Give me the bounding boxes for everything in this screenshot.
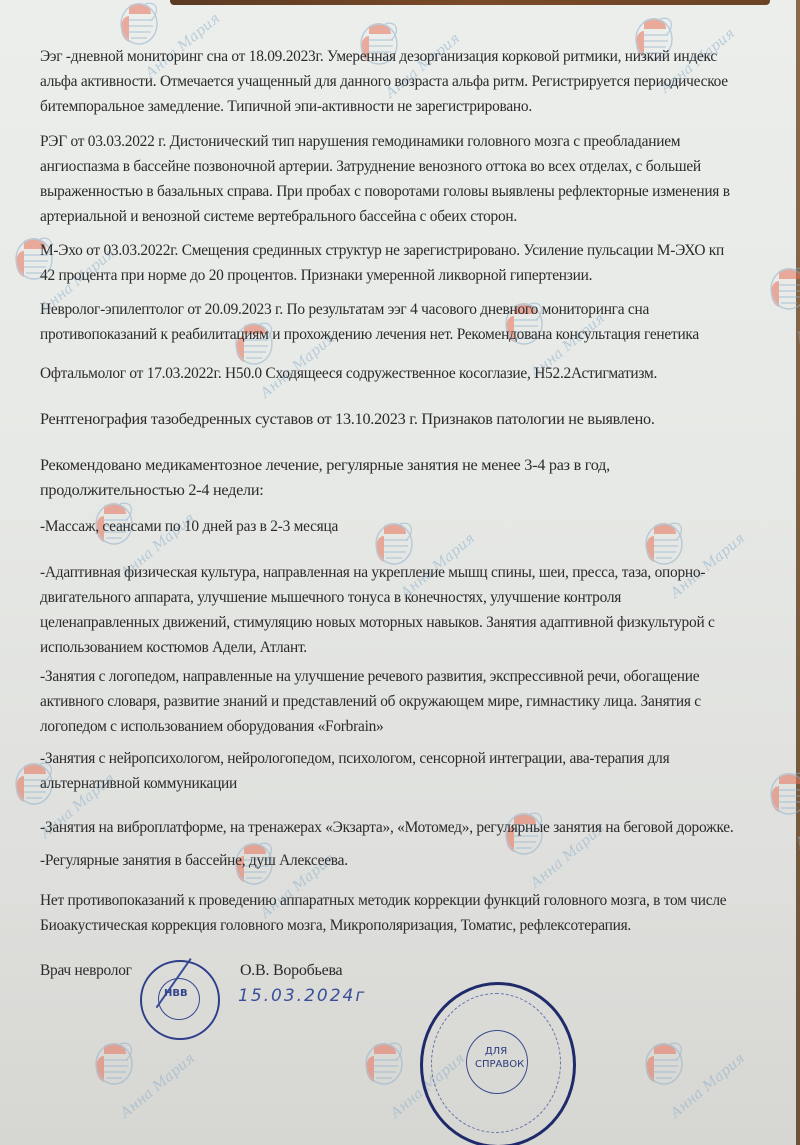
text-line: альфа активности. Отмечается учащенный д… [40, 69, 760, 94]
organization-stamp: ДЛЯ СПРАВОК [420, 982, 576, 1145]
text-line: выраженностью в базальных справа. При пр… [40, 179, 760, 204]
text-line: двигательного аппарата, улучшение мышечн… [40, 585, 760, 610]
paragraph-pool: -Регулярные занятия в бассейне, душ Алек… [40, 848, 760, 873]
background-surface [170, 0, 770, 5]
text-line: 42 процента при норме до 20 процентов. П… [40, 263, 760, 288]
text-line: использованием костюмов Адели, Атлант. [40, 635, 760, 660]
paragraph-speech-therapy: -Занятия с логопедом, направленные на ул… [40, 664, 760, 739]
personal-stamp: НВВ [140, 960, 220, 1040]
text-line: Нет противопоказаний к проведению аппара… [40, 888, 760, 913]
text-line: -Занятия с нейропсихологом, нейрологопед… [40, 746, 760, 771]
watermark-logo-icon [90, 1040, 136, 1092]
paragraph-eeg: Ээг -дневной мониторинг сна от 18.09.202… [40, 44, 760, 119]
watermark-logo-icon [765, 265, 800, 317]
text-line: активного словаря, развитие знаний и пре… [40, 689, 760, 714]
text-line: Рентгенография тазобедренных суставов от… [40, 407, 760, 432]
paragraph-no-contraindications: Нет противопоказаний к проведению аппара… [40, 888, 760, 938]
text-line: -Занятия с логопедом, направленные на ул… [40, 664, 760, 689]
paragraph-adaptive-pe: -Адаптивная физическая культура, направл… [40, 560, 760, 660]
watermark: Анна Мария [765, 770, 800, 860]
paragraph-xray: Рентгенография тазобедренных суставов от… [40, 407, 760, 432]
handwritten-date: 15.03.2024г [238, 986, 366, 1006]
paragraph-ophthalmologist: Офтальмолог от 17.03.2022г. Н50.0 Сходящ… [40, 361, 760, 386]
text-line: артериальной и венозной системе вертебра… [40, 204, 760, 229]
paragraph-reg: РЭГ от 03.03.2022 г. Дистонический тип н… [40, 129, 760, 229]
text-line: Рекомендовано медикаментозное лечение, р… [40, 453, 760, 478]
stamp-center-line2: СПРАВОК [475, 1058, 517, 1071]
text-line: Ээг -дневной мониторинг сна от 18.09.202… [40, 44, 760, 69]
text-line: противопоказаний к реабилитациям и прохо… [40, 322, 760, 347]
paper-edge [796, 0, 800, 1145]
paragraph-neuropsychology: -Занятия с нейропсихологом, нейрологопед… [40, 746, 760, 796]
text-line: -Регулярные занятия в бассейне, душ Алек… [40, 848, 760, 873]
paragraph-neuro-epileptologist: Невролог-эпилептолог от 20.09.2023 г. По… [40, 297, 760, 347]
text-line: целенаправленных движений, стимуляцию но… [40, 610, 760, 635]
text-line: Офтальмолог от 17.03.2022г. Н50.0 Сходящ… [40, 361, 760, 386]
paragraph-recommendation: Рекомендовано медикаментозное лечение, р… [40, 453, 760, 503]
watermark-logo-icon [360, 1040, 406, 1092]
watermark: Анна Мария [90, 1040, 150, 1130]
text-line: Невролог-эпилептолог от 20.09.2023 г. По… [40, 297, 760, 322]
watermark: Анна Мария [360, 1040, 420, 1130]
personal-stamp-center: НВВ [164, 988, 188, 999]
text-line: РЭГ от 03.03.2022 г. Дистонический тип н… [40, 129, 760, 154]
text-line: -Занятия на виброплатформе, на тренажера… [40, 815, 760, 840]
text-line: -Массаж, сеансами по 10 дней раз в 2-3 м… [40, 514, 760, 539]
text-line: продолжительностью 2-4 недели: [40, 478, 760, 503]
watermark: Анна Мария [765, 265, 800, 355]
organization-stamp-center: ДЛЯ СПРАВОК [475, 1045, 517, 1071]
text-line: Биоакустическая коррекция головного мозг… [40, 913, 760, 938]
text-line: -Адаптивная физическая культура, направл… [40, 560, 760, 585]
text-line: логопедом с использованием оборудования … [40, 714, 760, 739]
watermark: Анна Мария [640, 1040, 700, 1130]
stamp-center-line1: ДЛЯ [475, 1045, 517, 1058]
text-line: М-Эхо от 03.03.2022г. Смещения срединных… [40, 238, 760, 263]
personal-stamp-inner-ring [158, 978, 200, 1020]
text-line: альтернативной коммуникации [40, 771, 760, 796]
paragraph-m-echo: М-Эхо от 03.03.2022г. Смещения срединных… [40, 238, 760, 288]
signature-role: Врач невролог [40, 958, 132, 983]
signature-name: О.В. Воробьева [240, 958, 342, 983]
watermark-logo-icon [640, 1040, 686, 1092]
watermark-logo-icon [765, 770, 800, 822]
paragraph-massage: -Массаж, сеансами по 10 дней раз в 2-3 м… [40, 514, 760, 539]
paragraph-vibroplatform: -Занятия на виброплатформе, на тренажера… [40, 815, 760, 840]
text-line: битемпоральное замедление. Типичной эпи-… [40, 94, 760, 119]
text-line: ангиоспазма в бассейне позвоночной артер… [40, 154, 760, 179]
